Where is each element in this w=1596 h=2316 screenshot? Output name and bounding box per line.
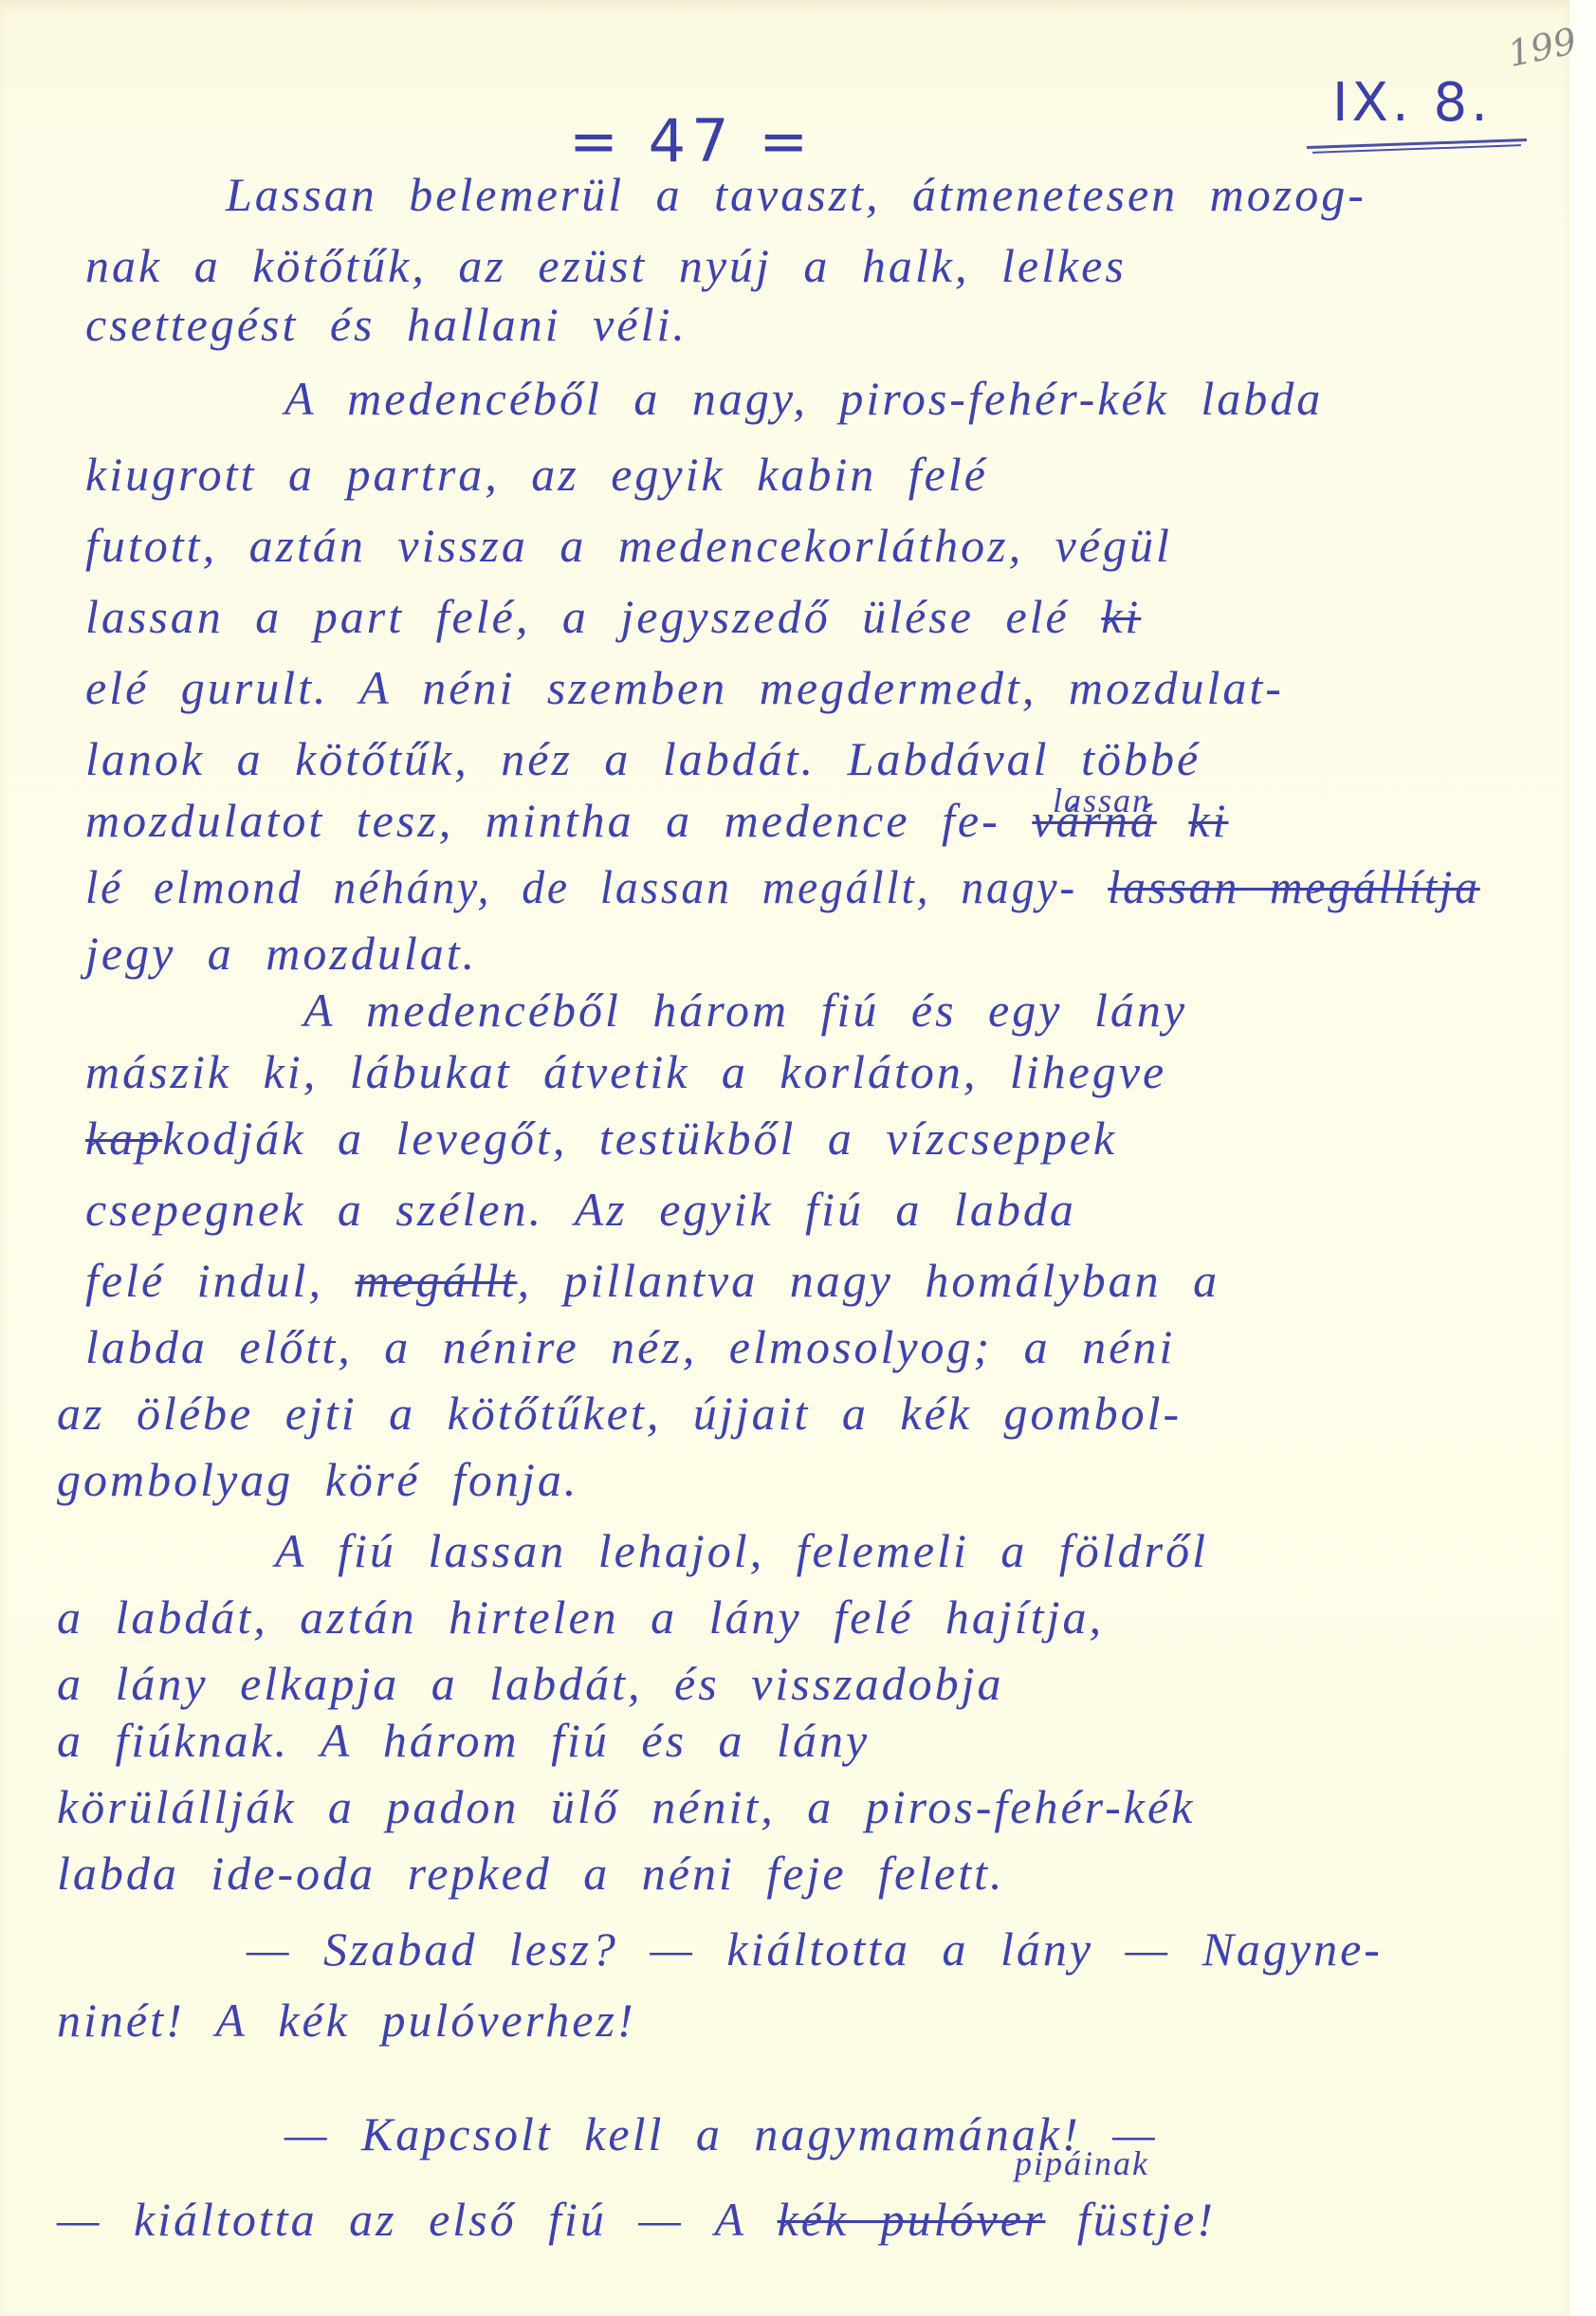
manuscript-line: a lány elkapja a labdát, és visszadobja [57, 1660, 1004, 1707]
manuscript-line: nak a kötőtűk, az ezüst nyúj a halk, lel… [85, 242, 1127, 289]
manuscript-line: — kiáltotta az első fiú — A kék pulóver … [57, 2196, 1216, 2243]
manuscript-line: kapkodják a levegőt, testükből a vízcsep… [85, 1114, 1117, 1162]
interlinear-insert: pipáinak [1015, 2143, 1149, 2183]
struck-word: ki [1188, 794, 1228, 847]
manuscript-line: — Szabad lesz? — kiáltotta a lány — Nagy… [247, 1925, 1383, 1973]
manuscript-line: labda ide-oda repked a néni feje felett. [57, 1849, 1005, 1897]
manuscript-line: labda előtt, a nénire néz, elmosolyog; a… [85, 1323, 1175, 1370]
manuscript-line: csettegést és hallani véli. [85, 301, 688, 348]
manuscript-line: körülállják a padon ülő nénit, a piros-f… [57, 1783, 1195, 1830]
manuscript-line: felé indul, megállt, pillantva nagy homá… [85, 1257, 1220, 1304]
manuscript-line: lanok a kötőtűk, néz a labdát. Labdával … [85, 735, 1201, 782]
manuscript-line: elé gurult. A néni szemben megdermedt, m… [85, 664, 1284, 711]
manuscript-line: Lassan belemerül a tavaszt, átmenetesen … [226, 171, 1367, 218]
struck-word: kék pulóver [778, 2193, 1046, 2246]
page-number: = 47 = [569, 106, 814, 175]
manuscript-line: futott, aztán vissza a medencekorláthoz,… [85, 522, 1172, 569]
manuscript-line: A medencéből három fiú és egy lány [303, 986, 1187, 1034]
manuscript-line: a labdát, aztán hirtelen a lány felé haj… [57, 1593, 1104, 1641]
interlinear-insert: lassan [1053, 781, 1151, 820]
date-heading: IX. 8. [1332, 72, 1492, 134]
manuscript-line: ninét! A kék pulóverhez! [57, 1996, 636, 2044]
manuscript-line: lé elmond néhány, de lassan megállt, nag… [85, 863, 1480, 910]
manuscript-line: gombolyag köré fonja. [57, 1456, 578, 1503]
struck-word: megállt [355, 1254, 517, 1307]
manuscript-line: mászik ki, lábukat átvetik a korláton, l… [85, 1048, 1166, 1095]
manuscript-line: A fiú lassan lehajol, felemeli a földről [275, 1527, 1208, 1574]
manuscript-line: lassan a part felé, a jegyszedő ülése el… [85, 593, 1141, 640]
manuscript-line: csepegnek a szélen. Az egyik fiú a labda [85, 1186, 1076, 1233]
manuscript-line: A medencéből a nagy, piros-fehér-kék lab… [284, 375, 1323, 422]
struck-word: kap [85, 1112, 162, 1165]
manuscript-line: az ölébe ejti a kötőtűket, újjait a kék … [57, 1389, 1182, 1437]
struck-word: lassan megállítja [1108, 860, 1480, 913]
struck-word: ki [1101, 590, 1141, 643]
manuscript-line: kiugrott a partra, az egyik kabin felé [85, 450, 988, 498]
scan-edge [1569, 0, 1596, 2316]
manuscript-line: a fiúknak. A három fiú és a lány [57, 1717, 870, 1764]
manuscript-line: jegy a mozdulat. [85, 929, 477, 977]
